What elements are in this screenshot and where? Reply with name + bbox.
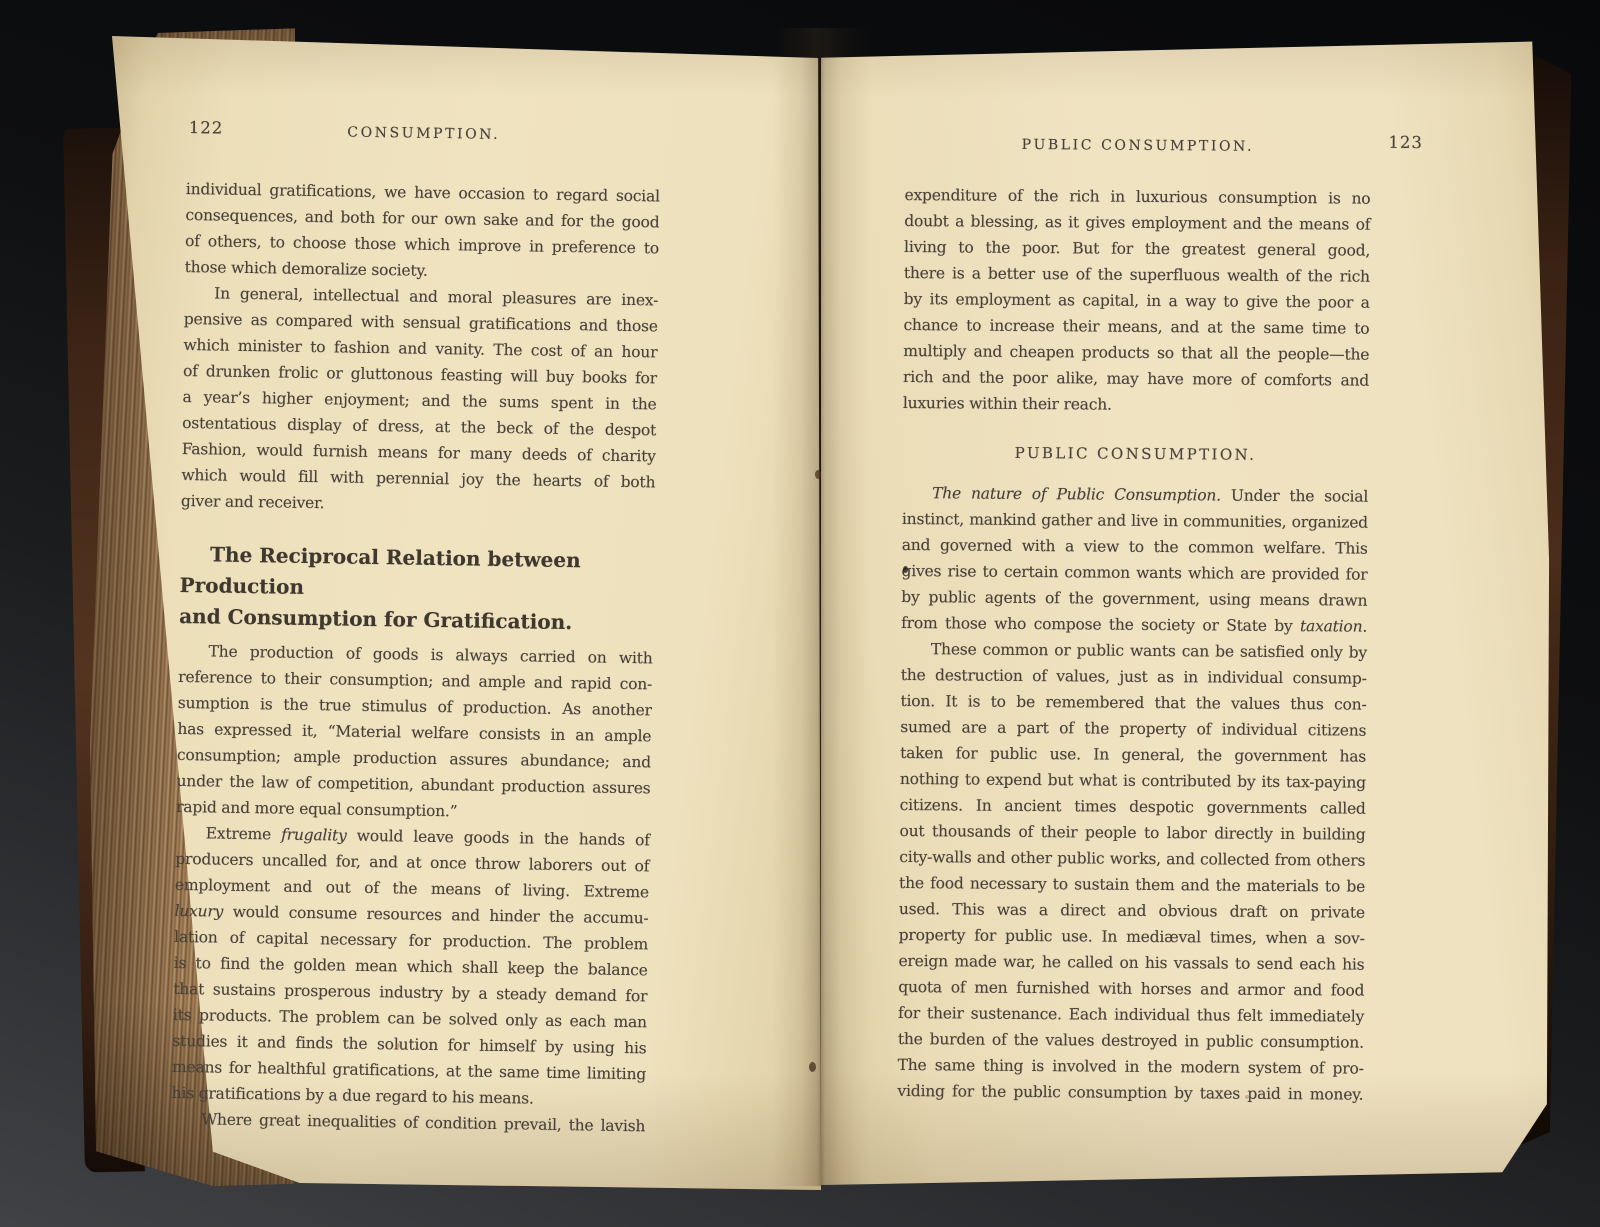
text-line: property for public use. In mediæval tim… — [899, 922, 1365, 952]
text-line: the food necessary to sustain them and t… — [899, 870, 1365, 900]
text-line: from those who compose the society or St… — [901, 610, 1367, 640]
paragraph: The nature of Public Consumption. Under … — [901, 480, 1368, 640]
paragraph: Extreme frugality would leave goods in t… — [171, 820, 649, 1113]
text-line: nothing to expend but what is contribute… — [900, 766, 1366, 796]
right-page-content: PUBLIC CONSUMPTION. 123 expenditure of t… — [897, 132, 1371, 1108]
text-line: doubt a blessing, as it gives employment… — [904, 208, 1370, 238]
text-line: and governed with a view to the common w… — [902, 532, 1368, 562]
text-line: by its employment as capital, in a way t… — [904, 286, 1370, 316]
text-line: instinct, mankind gather and live in com… — [902, 506, 1368, 536]
text-line: the destruction of values, just as in in… — [901, 662, 1367, 692]
paragraph: individual gratifications, we have occas… — [184, 176, 660, 287]
left-page-content: 122 CONSUMPTION. individual gratificatio… — [171, 118, 661, 1139]
section-subheading: PUBLIC CONSUMPTION. — [902, 439, 1368, 469]
text-line: The nature of Public Consumption. Under … — [902, 480, 1368, 510]
text-line: the burden of the values destroyed in pu… — [898, 1026, 1364, 1056]
text-line: for their sustenance. Each individual th… — [898, 1000, 1364, 1030]
text-line: PUBLIC CONSUMPTION. — [902, 439, 1368, 469]
text-line: there is a better use of the superfluous… — [904, 260, 1370, 290]
text-line: viding for the public consumption by tax… — [897, 1078, 1363, 1108]
text-line: citizens. In ancient times despotic gove… — [900, 792, 1366, 822]
right-page-header: PUBLIC CONSUMPTION. 123 — [905, 132, 1371, 170]
left-page-text: individual gratifications, we have occas… — [171, 176, 660, 1139]
paragraph: expenditure of the rich in luxurious con… — [903, 182, 1371, 420]
right-page-text: expenditure of the rich in luxurious con… — [897, 182, 1370, 1108]
text-line: used. This was a direct and obvious draf… — [899, 896, 1365, 926]
running-head-right: PUBLIC CONSUMPTION. — [905, 132, 1371, 156]
paragraph: In general, intellectual and moral pleas… — [181, 280, 659, 521]
text-line: multiply and cheapen products so that al… — [903, 338, 1369, 368]
text-line: These common or public wants can be sati… — [901, 636, 1367, 666]
text-line: and Consumption for Gratification. — [179, 601, 653, 639]
text-line: The Reciprocal Relation between Producti… — [179, 539, 654, 608]
text-line: tion. It is to be remembered that the va… — [900, 688, 1366, 718]
text-line: luxuries within their reach. — [903, 390, 1369, 420]
text-line: ereign made war, he called on his vassal… — [898, 948, 1364, 978]
text-line: city-walls and other public works, and c… — [899, 844, 1365, 874]
text-line: The same thing is involved in the modern… — [898, 1052, 1364, 1082]
left-page-header: 122 CONSUMPTION. — [186, 118, 660, 159]
text-line: taken for public use. In general, the go… — [900, 740, 1366, 770]
photo-background: 122 CONSUMPTION. individual gratificatio… — [0, 0, 1600, 1227]
text-line: rich and the poor alike, may have more o… — [903, 364, 1369, 394]
section-heading: The Reciprocal Relation between Producti… — [179, 539, 654, 639]
paragraph: The production of goods is always carrie… — [176, 638, 653, 827]
text-line: expenditure of the rich in luxurious con… — [904, 182, 1370, 212]
text-line: by public agents of the government, usin… — [901, 584, 1367, 614]
text-line: out thousands of their people to labor d… — [899, 818, 1365, 848]
text-line: gives rise to certain common wants which… — [901, 558, 1367, 588]
page-number-right: 123 — [1388, 133, 1423, 152]
text-line: living to the poor. But for the greatest… — [904, 234, 1370, 264]
page-number-left: 122 — [189, 118, 224, 138]
text-line: sumed are a part of the property of indi… — [900, 714, 1366, 744]
text-line: chance to increase their means, and at t… — [903, 312, 1369, 342]
paragraph: These common or public wants can be sati… — [897, 636, 1367, 1108]
text-line: quota of men furnished with horses and a… — [898, 974, 1364, 1004]
